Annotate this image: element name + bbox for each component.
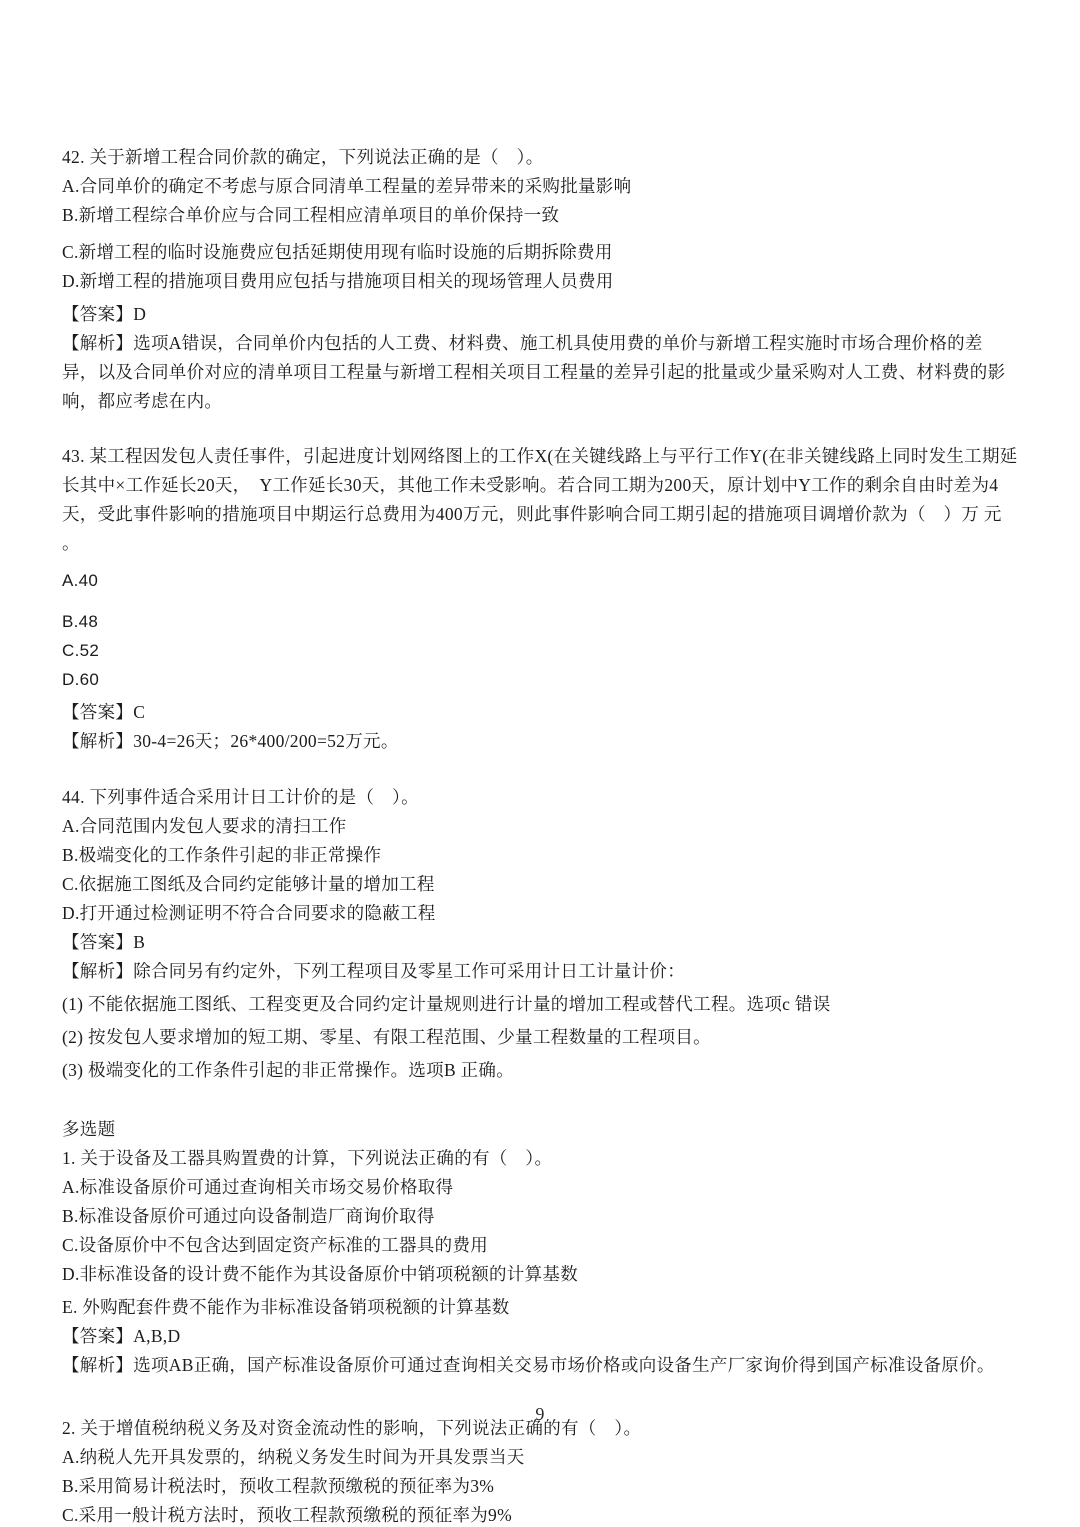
answer-value: B <box>133 932 145 952</box>
answer-label: 【答案】 <box>62 932 133 952</box>
question-stem: 1. 关于设备及工器具购置费的计算，下列说法正确的有（ ）。 <box>62 1144 1018 1173</box>
answer-line: 【答案】D <box>62 300 1018 329</box>
option-line: D.60 <box>62 665 1018 694</box>
option-line: E. 外购配套件费不能作为非标准设备销项税额的计算基数 <box>62 1293 1018 1322</box>
option-line: B.新增工程综合单价应与合同工程相应清单项目的单价保持一致 <box>62 201 1018 230</box>
answer-label: 【答案】 <box>62 304 133 324</box>
analysis-line: 【解析】选项A错误，合同单价内包括的人工费、材料费、施工机具使用费的单价与新增工… <box>62 329 1018 416</box>
answer-line: 【答案】C <box>62 698 1018 727</box>
analysis-line: 【解析】选项AB正确，国产标准设备原价可通过查询相关交易市场价格或向设备生产厂家… <box>62 1351 1018 1380</box>
option-line: D.打开通过检测证明不符合合同要求的隐蔽工程 <box>62 899 1018 928</box>
multi-question-1: 1. 关于设备及工器具购置费的计算，下列说法正确的有（ ）。 A.标准设备原价可… <box>62 1144 1018 1380</box>
document-page: 42. 关于新增工程合同价款的确定，下列说法正确的是（ ）。 A.合同单价的确定… <box>0 0 1080 1527</box>
answer-label: 【答案】 <box>62 1326 133 1346</box>
answer-value: A,B,D <box>133 1326 180 1346</box>
question-42: 42. 关于新增工程合同价款的确定，下列说法正确的是（ ）。 A.合同单价的确定… <box>62 143 1018 416</box>
option-line: D.新增工程的措施项目费用应包括与措施项目相关的现场管理人员费用 <box>62 267 1018 296</box>
option-line: C.依据施工图纸及合同约定能够计量的增加工程 <box>62 870 1018 899</box>
analysis-item: (2) 按发包人要求增加的短工期、零星、有限工程范围、少量工程数量的工程项目。 <box>62 1023 1018 1052</box>
analysis-label: 【解析】 <box>62 731 133 751</box>
analysis-text: 30-4=26天；26*400/200=52万元。 <box>133 731 398 751</box>
question-stem: 44. 下列事件适合采用计日工计价的是（ ）。 <box>62 783 1018 812</box>
option-line: B.标准设备原价可通过向设备制造厂商询价取得 <box>62 1202 1018 1231</box>
page-number: 9 <box>0 1400 1080 1429</box>
analysis-text: 选项A错误，合同单价内包括的人工费、材料费、施工机具使用费的单价与新增工程实施时… <box>62 333 1005 411</box>
question-stem: 42. 关于新增工程合同价款的确定，下列说法正确的是（ ）。 <box>62 143 1018 172</box>
analysis-label: 【解析】 <box>62 961 133 981</box>
analysis-label: 【解析】 <box>62 333 133 353</box>
analysis-item: (1) 不能依据施工图纸、工程变更及合同约定计量规则进行计量的增加工程或替代工程… <box>62 990 1018 1019</box>
question-44: 44. 下列事件适合采用计日工计价的是（ ）。 A.合同范围内发包人要求的清扫工… <box>62 783 1018 1085</box>
option-line: A.标准设备原价可通过查询相关市场交易价格取得 <box>62 1173 1018 1202</box>
question-stem: 43. 某工程因发包人责任事件，引起进度计划网络图上的工作X(在关键线路上与平行… <box>62 442 1018 558</box>
option-line: B.极端变化的工作条件引起的非正常操作 <box>62 841 1018 870</box>
answer-label: 【答案】 <box>62 702 133 722</box>
option-line: C.新增工程的临时设施费应包括延期使用现有临时设施的后期拆除费用 <box>62 238 1018 267</box>
analysis-line: 【解析】除合同另有约定外，下列工程项目及零星工作可采用计日工计量计价： <box>62 957 1018 986</box>
question-43: 43. 某工程因发包人责任事件，引起进度计划网络图上的工作X(在关键线路上与平行… <box>62 442 1018 756</box>
answer-line: 【答案】A,B,D <box>62 1322 1018 1351</box>
analysis-text: 除合同另有约定外，下列工程项目及零星工作可采用计日工计量计价： <box>133 961 685 981</box>
answer-value: C <box>133 702 145 722</box>
analysis-line: 【解析】30-4=26天；26*400/200=52万元。 <box>62 727 1018 756</box>
option-line: B.采用简易计税法时，预收工程款预缴税的预征率为3% <box>62 1472 1018 1501</box>
analysis-item: (3) 极端变化的工作条件引起的非正常操作。选项B 正确。 <box>62 1056 1018 1085</box>
answer-line: 【答案】B <box>62 928 1018 957</box>
option-line: A.合同单价的确定不考虑与原合同清单工程量的差异带来的采购批量影响 <box>62 172 1018 201</box>
option-line: C.52 <box>62 636 1018 665</box>
option-line: A.合同范围内发包人要求的清扫工作 <box>62 812 1018 841</box>
analysis-text: 选项AB正确，国产标准设备原价可通过查询相关交易市场价格或向设备生产厂家询价得到… <box>133 1355 995 1375</box>
answer-value: D <box>133 304 146 324</box>
analysis-label: 【解析】 <box>62 1355 133 1375</box>
option-line: C.设备原价中不包含达到固定资产标准的工器具的费用 <box>62 1231 1018 1260</box>
option-line: D.非标准设备的设计费不能作为其设备原价中销项税额的计算基数 <box>62 1260 1018 1289</box>
option-line: A.纳税人先开具发票的，纳税义务发生时间为开具发票当天 <box>62 1443 1018 1472</box>
section-header-multi-choice: 多选题 <box>62 1115 1018 1144</box>
option-line: A.40 <box>62 566 1018 595</box>
multi-question-2: 2. 关于增值税纳税义务及对资金流动性的影响，下列说法正确的有（ ）。 A.纳税… <box>62 1414 1018 1527</box>
option-line: C.采用一般计税方法时，预收工程款预缴税的预征率为9% <box>62 1501 1018 1527</box>
option-line: B.48 <box>62 607 1018 636</box>
